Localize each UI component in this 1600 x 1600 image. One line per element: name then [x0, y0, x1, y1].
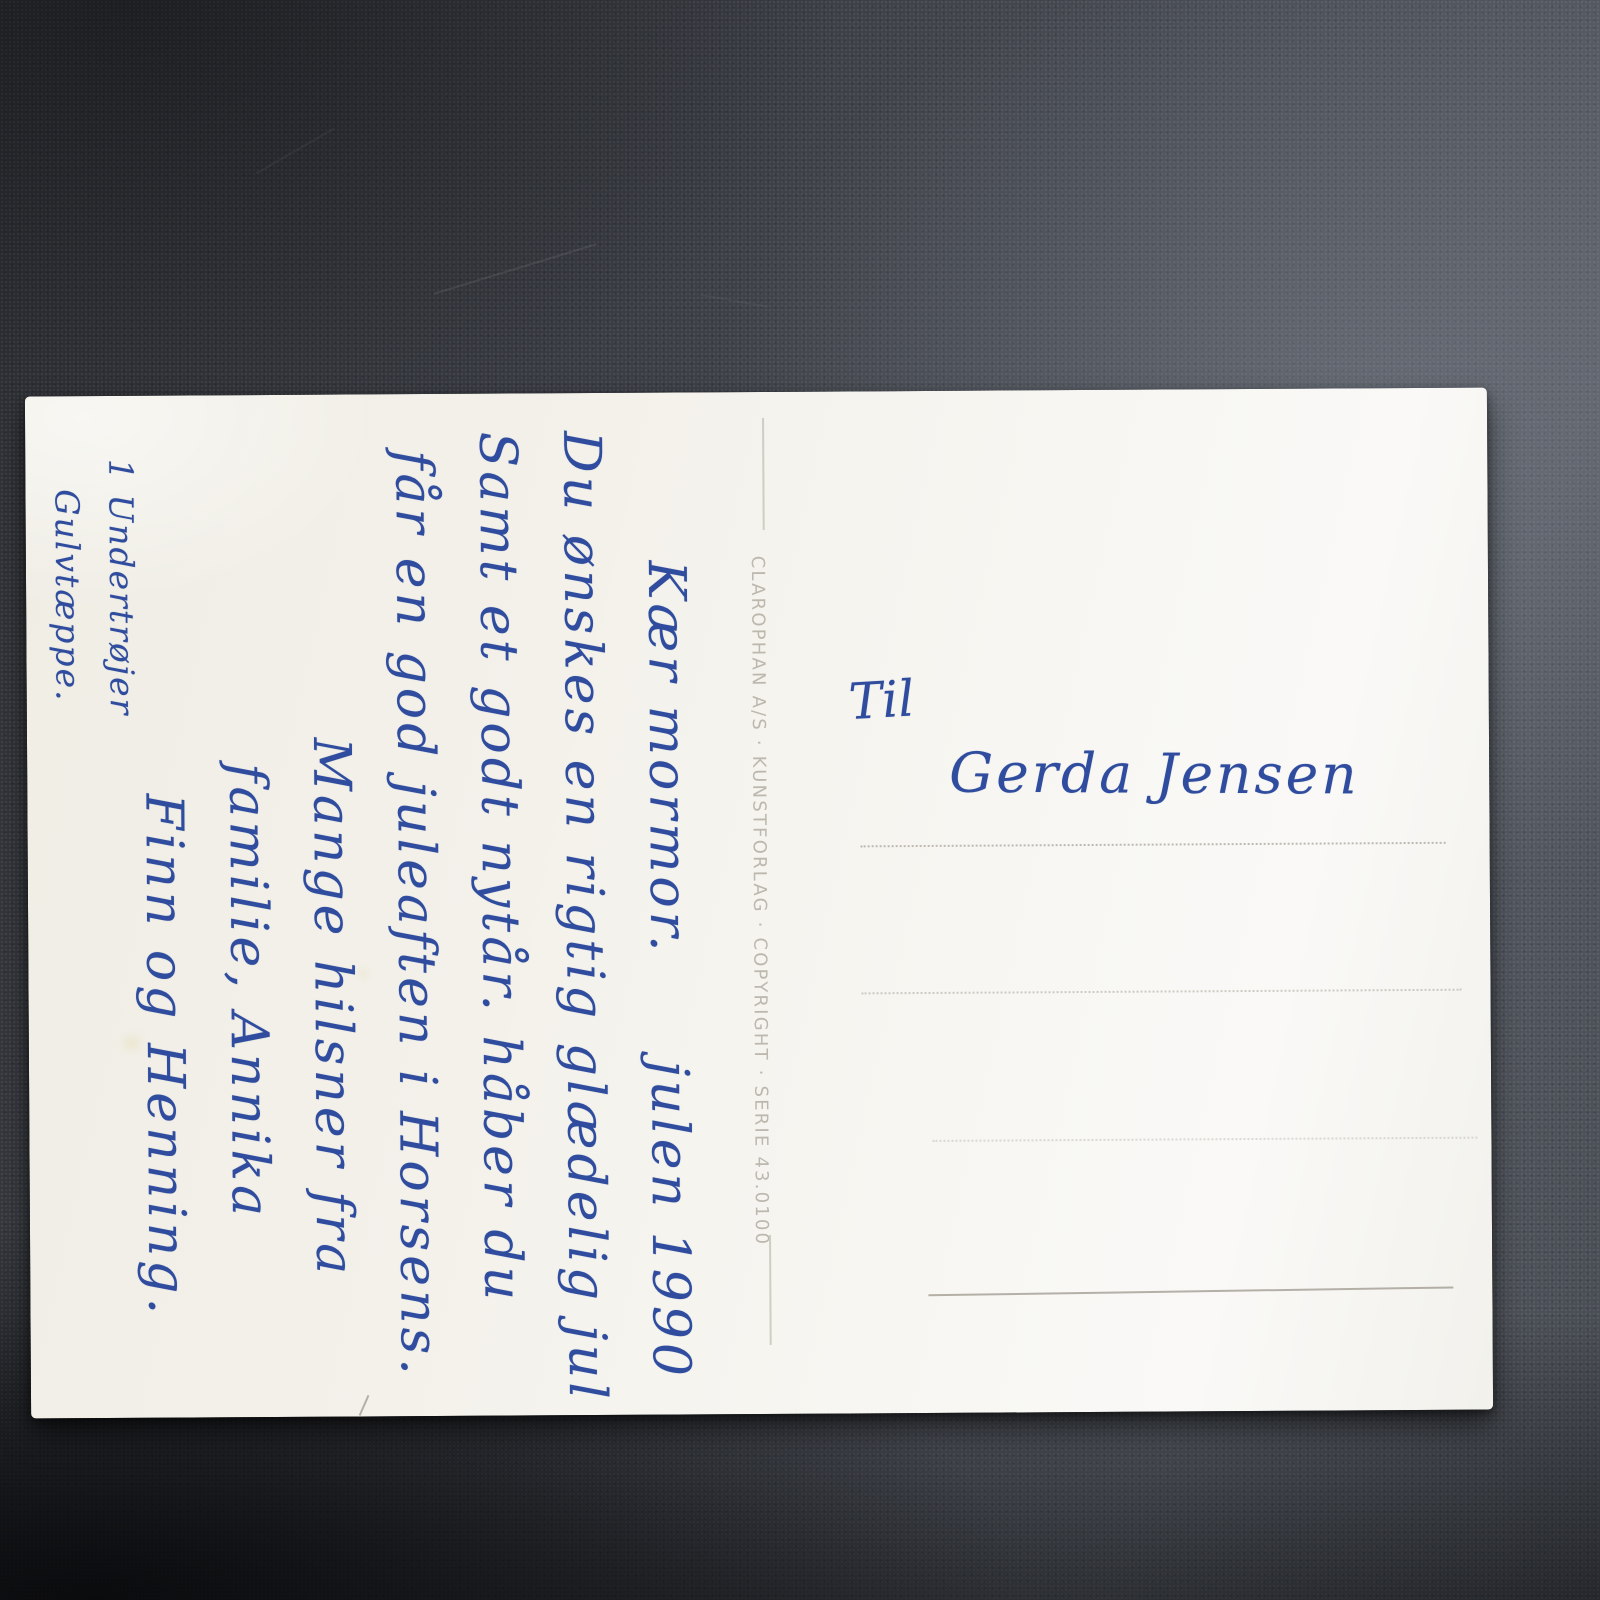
message-line: familie, Annika — [203, 433, 293, 1373]
photo-of-postcard: CLAROPHAN A/S · KUNSTFORLAG · COPYRIGHT … — [0, 0, 1600, 1600]
message-line: Samt et godt nytår. håber du — [455, 431, 545, 1371]
address-ruled-line — [861, 842, 1446, 848]
edge-note: 1 Undertrøjer Gulvtæppe. — [37, 444, 149, 795]
address-ruled-line — [862, 989, 1462, 995]
address-to-label: Til — [847, 669, 916, 731]
message-line: Du ønskes en rigtig glædelig jul — [539, 431, 629, 1371]
salutation: Kær mormor. — [636, 560, 698, 955]
message-line: Mange hilsner fra — [287, 432, 377, 1372]
edge-note-line: Gulvtæppe. — [39, 444, 95, 794]
edge-note-line: 1 Undertrøjer — [93, 444, 149, 794]
divider-line-top — [762, 418, 765, 530]
handwritten-message: Kær mormor. julen 1990 Du ønskes en rigt… — [117, 430, 713, 1374]
message-date: julen 1990 — [627, 1060, 713, 1380]
address-recipient: Gerda Jensen — [949, 741, 1360, 807]
message-line: får en god juleaften i Horsens. — [371, 432, 461, 1372]
message-salutation-line: Kær mormor. julen 1990 — [623, 430, 713, 1370]
address-ruled-line — [932, 1137, 1477, 1142]
address-ruled-line — [928, 1286, 1453, 1296]
edge-crease — [359, 1395, 370, 1416]
postcard-back: CLAROPHAN A/S · KUNSTFORLAG · COPYRIGHT … — [25, 388, 1493, 1419]
publisher-imprint: CLAROPHAN A/S · KUNSTFORLAG · COPYRIGHT … — [744, 541, 772, 1261]
